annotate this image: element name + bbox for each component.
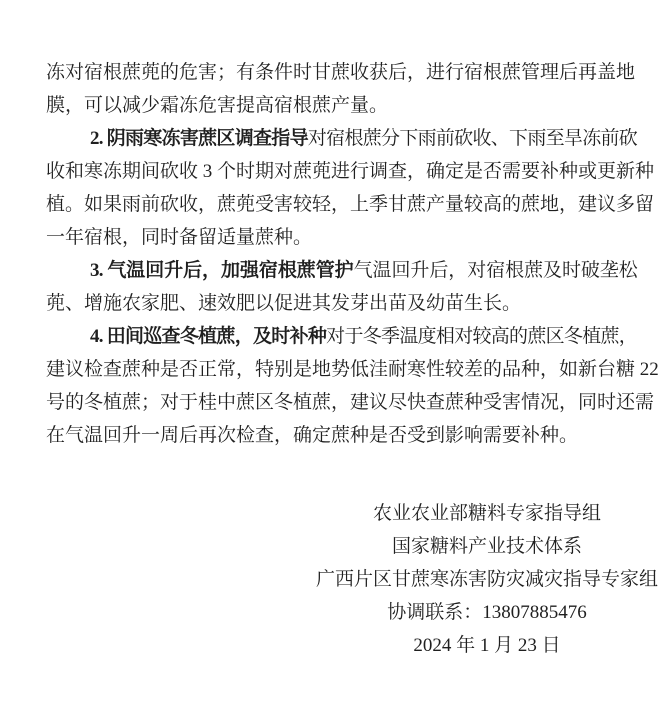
text-line: 3. 气温回升后，加强宿根蔗管护气温回升后，对宿根蔗及时破垄松	[46, 254, 637, 287]
text-line: 4. 田间巡查冬植蔗，及时补种对于冬季温度相对较高的蔗区冬植蔗，	[46, 320, 637, 353]
body-text: 蔸、增施农家肥、速效肥以促进其发芽出苗及幼苗生长。	[46, 293, 521, 314]
body-text: 收和寒冻期间砍收 3 个时期对蔗蔸进行调查，确定是否需要补种或更新种	[46, 161, 654, 182]
text-line: 收和寒冻期间砍收 3 个时期对蔗蔸进行调查，确定是否需要补种或更新种	[46, 155, 637, 188]
body-text: 气温回升后，对宿根蔗及时破垄松	[354, 260, 637, 281]
section-heading: 4. 田间巡查冬植蔗，及时补种	[90, 326, 326, 347]
text-line: 植。如果雨前砍收，蔗蔸受害较轻，上季甘蔗产量较高的蔗地，建议多留	[46, 188, 637, 221]
body-text: 膜，可以减少霜冻危害提高宿根蔗产量。	[46, 95, 388, 116]
text-line: 2. 阴雨寒冻害蔗区调查指导对宿根蔗分下雨前砍收、下雨至旱冻前砍	[46, 122, 637, 155]
body-text: 一年宿根，同时备留适量蔗种。	[46, 227, 312, 248]
text-line: 一年宿根，同时备留适量蔗种。	[46, 221, 637, 254]
body-text: 对于冬季温度相对较高的蔗区冬植蔗，	[326, 326, 637, 347]
text-line: 膜，可以减少霜冻危害提高宿根蔗产量。	[46, 89, 637, 122]
text-line: 蔸、增施农家肥、速效肥以促进其发芽出苗及幼苗生长。	[46, 287, 637, 320]
text-line: 号的冬植蔗；对于桂中蔗区冬植蔗，建议尽快查蔗种受害情况，同时还需	[46, 386, 637, 419]
text-line: 冻对宿根蔗蔸的危害；有条件时甘蔗收获后，进行宿根蔗管理后再盖地	[46, 56, 637, 89]
section-heading: 2. 阴雨寒冻害蔗区调查指导	[90, 128, 308, 149]
signature-line: 农业农业部糖料专家指导组	[307, 497, 667, 530]
body-text: 对宿根蔗分下雨前砍收、下雨至旱冻前砍	[308, 128, 637, 149]
body-text: 建议检查蔗种是否正常，特别是地势低洼耐寒性较差的品种，如新台糖 22	[46, 359, 659, 380]
document-page: 冻对宿根蔗蔸的危害；有条件时甘蔗收获后，进行宿根蔗管理后再盖地膜，可以减少霜冻危…	[0, 0, 667, 723]
signature-block: 农业农业部糖料专家指导组国家糖料产业技术体系广西片区甘蔗寒冻害防灾减灾指导专家组…	[307, 497, 667, 662]
signature-line: 广西片区甘蔗寒冻害防灾减灾指导专家组	[307, 563, 667, 596]
signature-line: 协调联系：13807885476	[307, 596, 667, 629]
signature-line: 国家糖料产业技术体系	[307, 530, 667, 563]
body-text: 号的冬植蔗；对于桂中蔗区冬植蔗，建议尽快查蔗种受害情况，同时还需	[46, 392, 654, 413]
document-body: 冻对宿根蔗蔸的危害；有条件时甘蔗收获后，进行宿根蔗管理后再盖地膜，可以减少霜冻危…	[46, 56, 637, 452]
signature-line: 2024 年 1 月 23 日	[307, 629, 667, 662]
text-line: 建议检查蔗种是否正常，特别是地势低洼耐寒性较差的品种，如新台糖 22	[46, 353, 637, 386]
section-heading: 3. 气温回升后，加强宿根蔗管护	[90, 260, 354, 281]
body-text: 冻对宿根蔗蔸的危害；有条件时甘蔗收获后，进行宿根蔗管理后再盖地	[46, 62, 635, 83]
body-text: 在气温回升一周后再次检查，确定蔗种是否受到影响需要补种。	[46, 425, 578, 446]
text-line: 在气温回升一周后再次检查，确定蔗种是否受到影响需要补种。	[46, 419, 637, 452]
body-text: 植。如果雨前砍收，蔗蔸受害较轻，上季甘蔗产量较高的蔗地，建议多留	[46, 194, 654, 215]
